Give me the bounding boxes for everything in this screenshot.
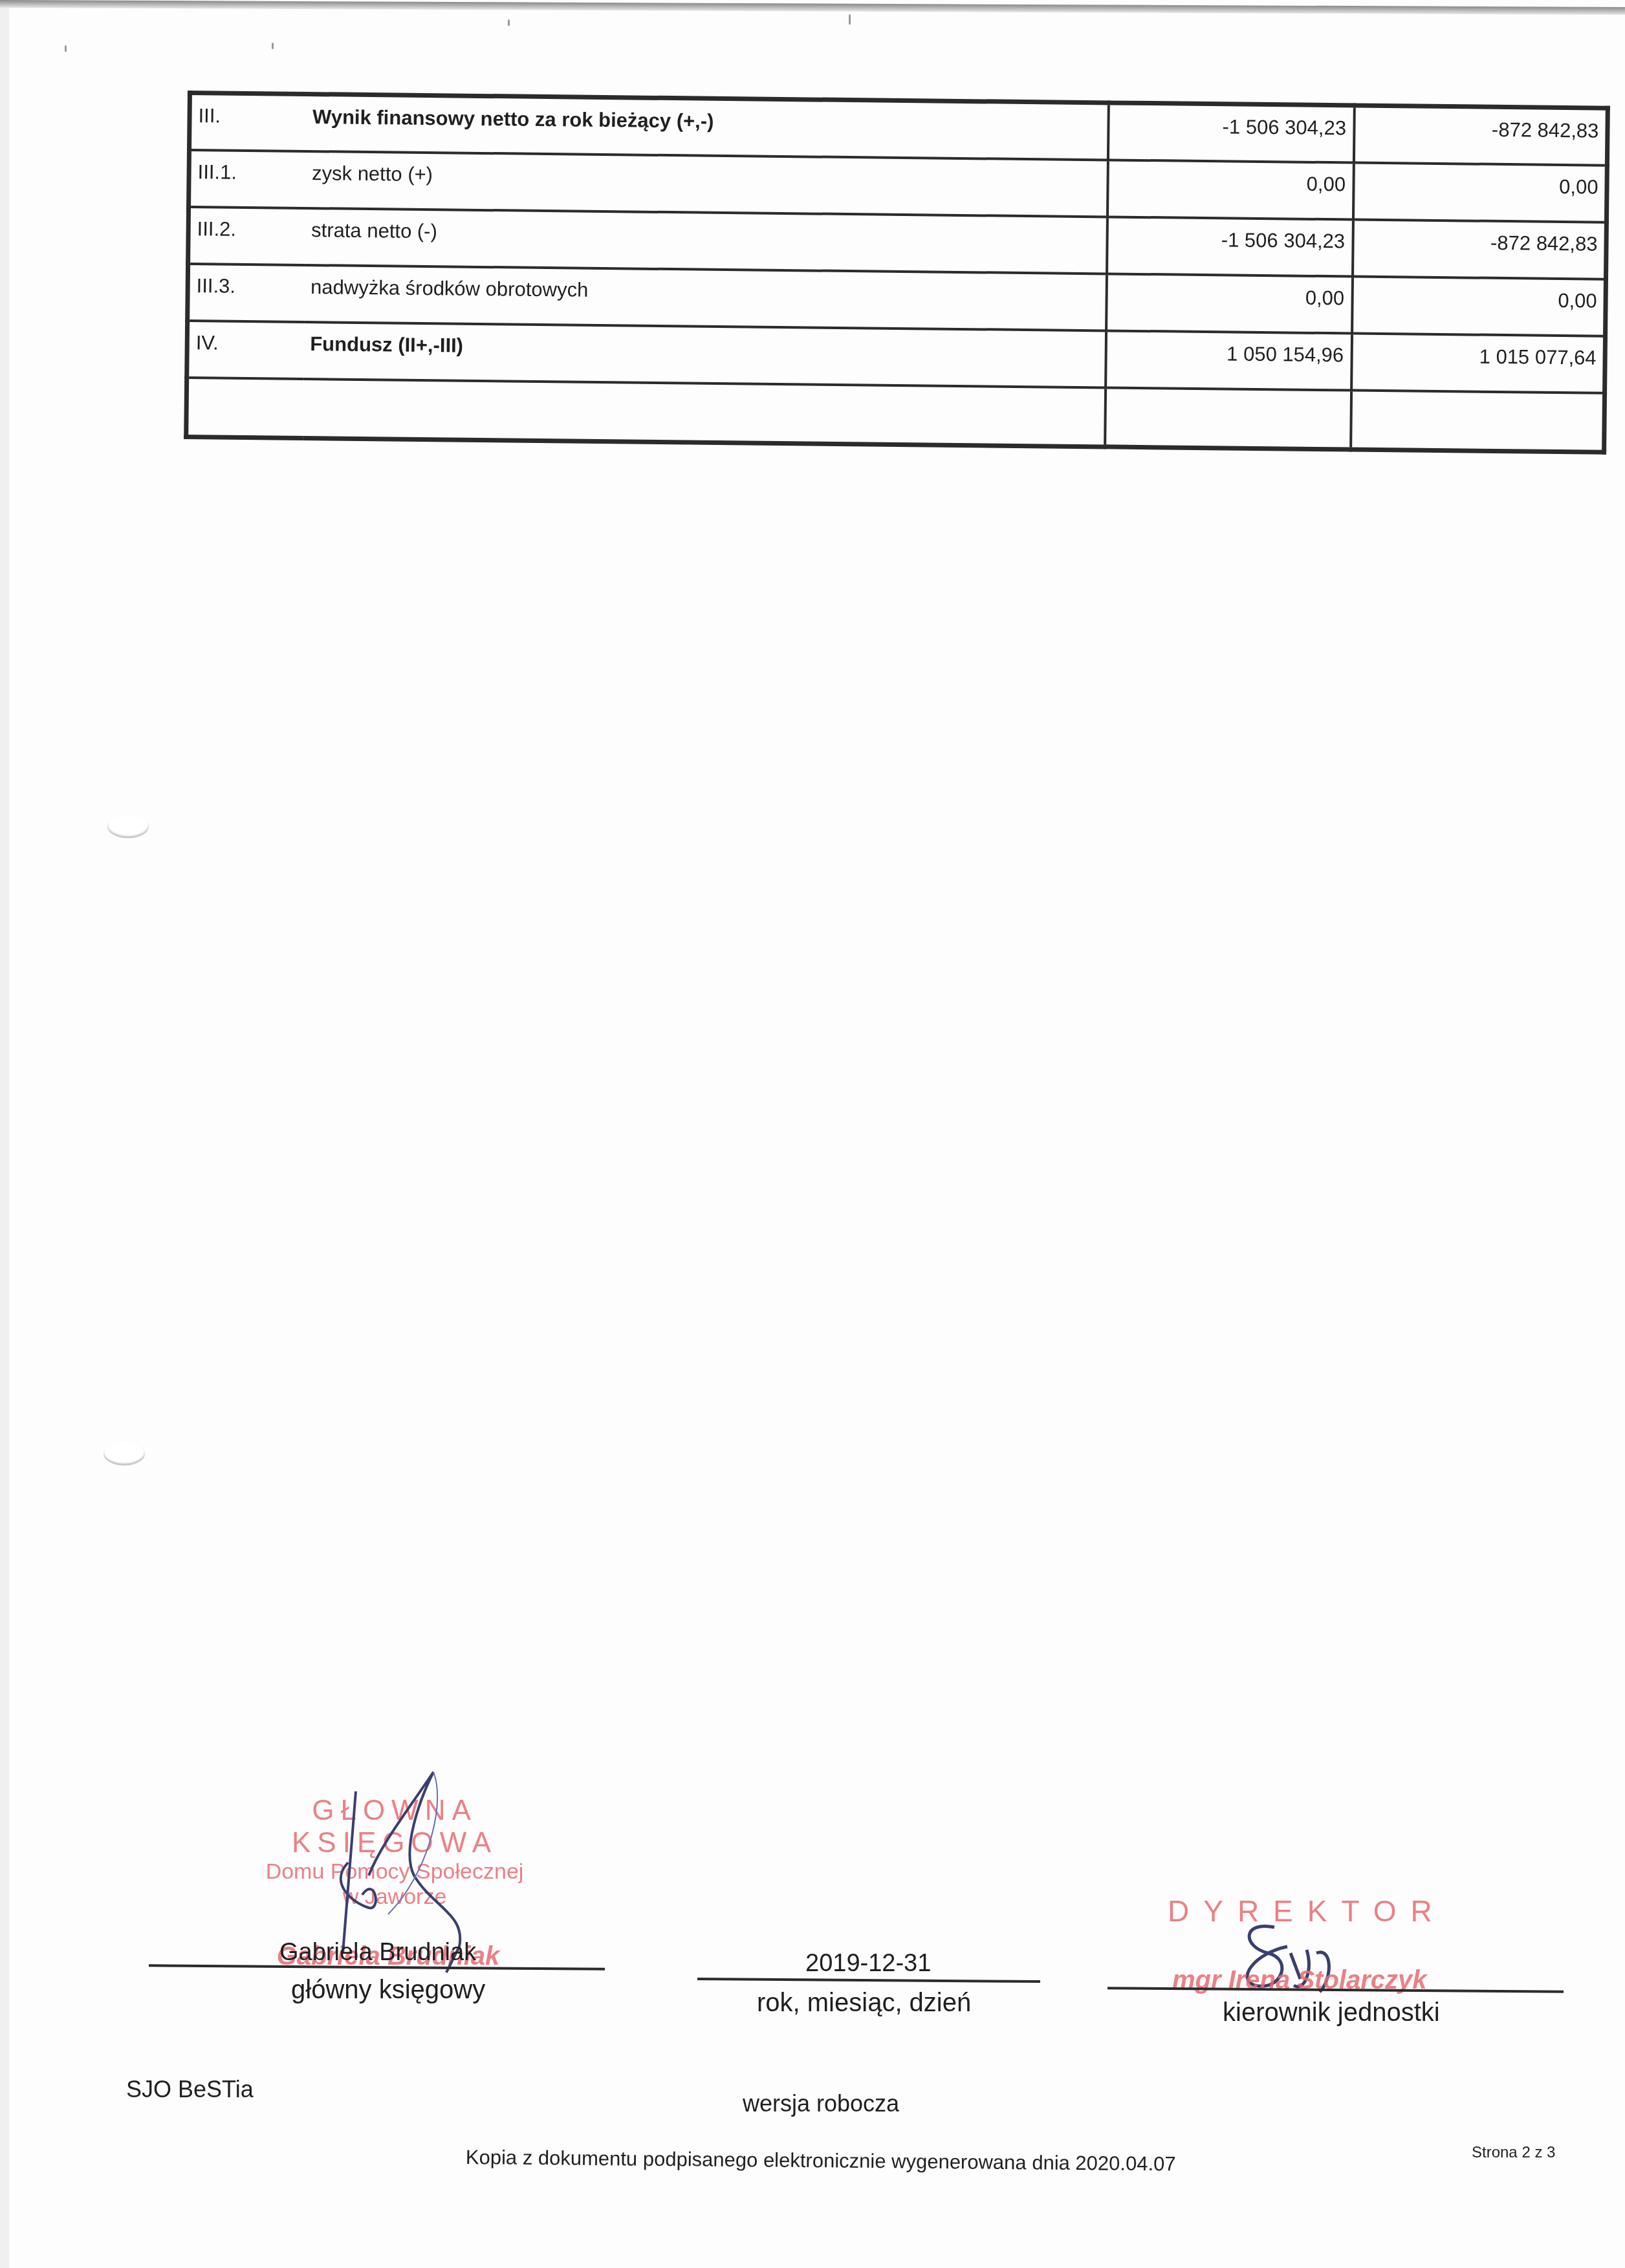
value-current-year: -872 842,83 [1353,105,1608,165]
scan-speck [272,43,274,49]
value-previous-year: 1 050 154,96 [1106,330,1352,390]
system-name: SJO BeSTia [126,2076,254,2103]
value-current-year [1351,390,1605,452]
date-label: rok, miesiąc, dzień [757,1989,971,2018]
row-label: nadwyżka środków obrotowych [304,265,1107,330]
value-current-year: -872 842,83 [1352,219,1606,279]
value-current-year: 1 015 077,64 [1351,333,1606,393]
value-current-year: 0,00 [1352,276,1606,336]
accountant-name: Gabriela Brudniak [279,1939,476,1967]
draft-label: wersja robocza [743,2090,899,2117]
row-label: strata netto (-) [305,208,1107,273]
scan-speck [65,45,67,52]
row-label: Wynik finansowy netto za rok bieżący (+,… [305,94,1108,159]
row-number: IV. [187,321,304,379]
date-line [697,1978,1040,1983]
value-previous-year: -1 506 304,23 [1107,103,1354,162]
punch-hole [104,1442,145,1465]
value-previous-year: 0,00 [1107,160,1353,219]
value-previous-year: -1 506 304,23 [1107,217,1353,276]
director-signature [1229,1914,1358,2011]
row-label: Fundusz (II+,-III) [303,321,1106,387]
scan-speck [849,14,851,25]
table: III.Wynik finansowy netto za rok bieżący… [184,91,1610,455]
row-label [303,378,1106,446]
financial-result-table: III.Wynik finansowy netto za rok bieżący… [184,91,1606,455]
scan-speck [508,19,510,26]
scan-left-edge [0,0,9,2268]
value-current-year: 0,00 [1353,162,1607,222]
value-previous-year [1105,387,1351,449]
scan-top-edge [0,0,1625,15]
value-previous-year: 0,00 [1106,274,1353,333]
row-number: III.3. [188,264,305,322]
row-label: zysk netto (+) [305,151,1108,216]
row-number: III.2. [188,207,305,265]
director-role: kierownik jednostki [1223,1998,1440,2027]
copy-note: Kopia z dokumentu podpisanego elektronic… [466,2146,1176,2176]
accountant-role: główny księgowy [291,1976,485,2005]
row-number: III.1. [189,150,306,208]
row-number: III. [190,93,307,151]
row-number [186,378,303,438]
punch-hole [107,815,149,838]
date-value: 2019-12-31 [805,1950,931,1978]
page-number: Strona 2 z 3 [1472,2144,1555,2162]
